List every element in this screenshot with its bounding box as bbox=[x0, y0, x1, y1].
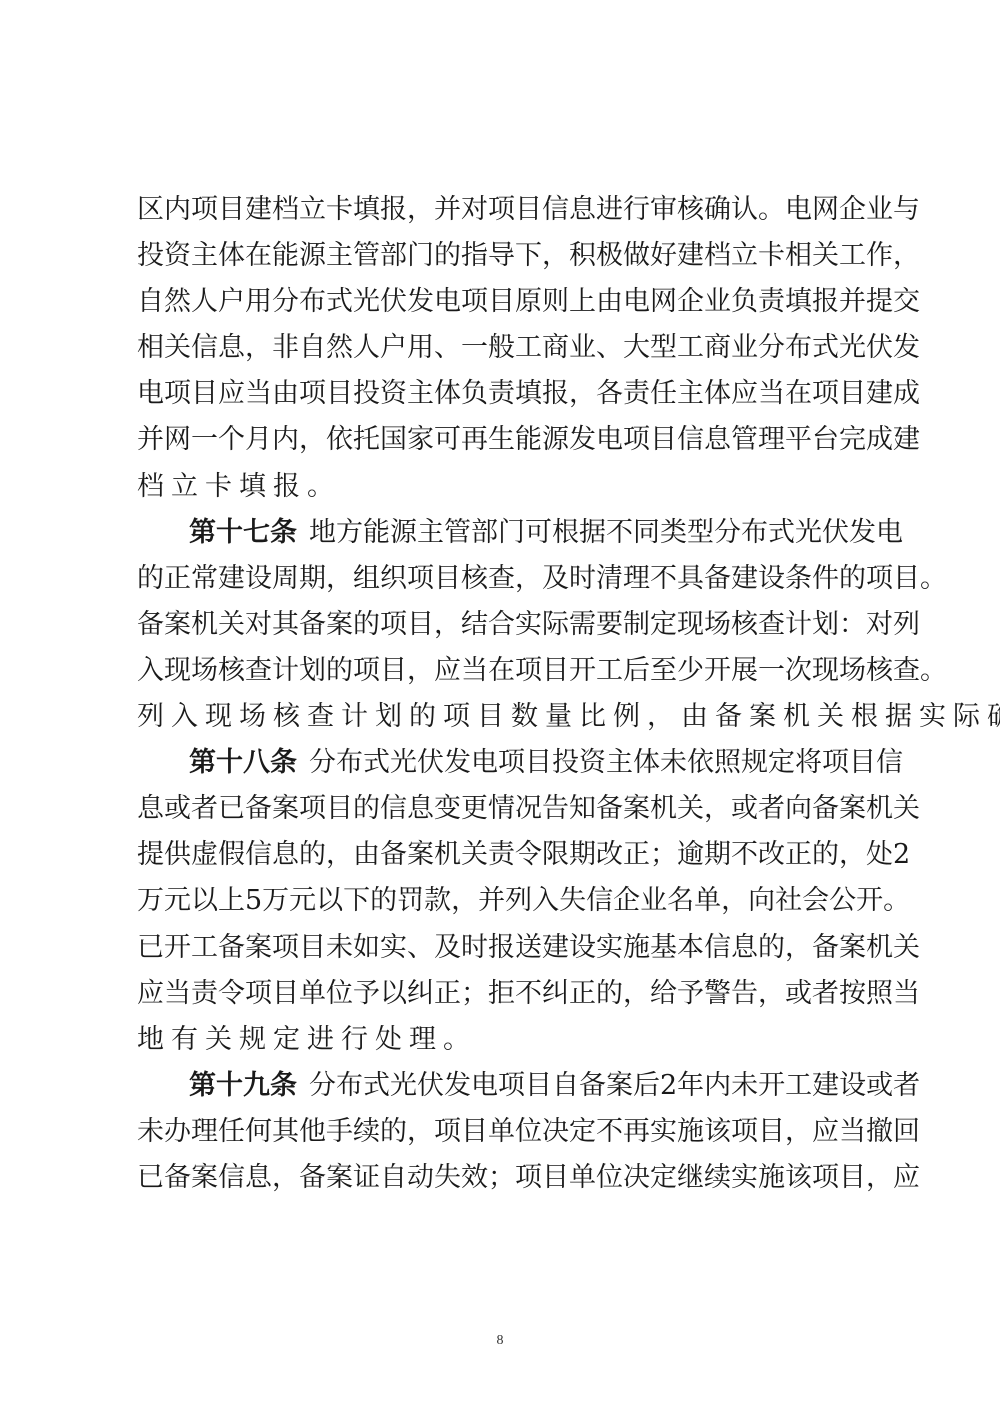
article-text: 分布式光伏发电项目自备案后2年内未开工建设或者 bbox=[309, 1070, 920, 1101]
article-text: 分布式光伏发电项目投资主体未依照规定将项目信 bbox=[309, 747, 903, 778]
article-18: 第十八条分布式光伏发电项目投资主体未依照规定将项目信 息或者已备案项目的信息变更… bbox=[137, 740, 875, 1063]
text-line: 第十八条分布式光伏发电项目投资主体未依照规定将项目信 bbox=[137, 740, 875, 786]
text-line: 万元以上5万元以下的罚款，并列入失信企业名单，向社会公开。 bbox=[137, 878, 875, 924]
page-number: 8 bbox=[0, 1333, 1000, 1349]
paragraph-continued: 区内项目建档立卡填报，并对项目信息进行审核确认。电网企业与 投资主体在能源主管部… bbox=[137, 187, 875, 510]
text-line: 入现场核查计划的项目，应当在项目开工后至少开展一次现场核查。 bbox=[137, 648, 875, 694]
text-line: 投资主体在能源主管部门的指导下，积极做好建档立卡相关工作， bbox=[137, 233, 875, 279]
text-line: 地有关规定进行处理。 bbox=[137, 1017, 875, 1063]
article-17: 第十七条地方能源主管部门可根据不同类型分布式光伏发电 的正常建设周期，组织项目核… bbox=[137, 510, 875, 740]
text-line: 息或者已备案项目的信息变更情况告知备案机关，或者向备案机关 bbox=[137, 786, 875, 832]
text-line: 的正常建设周期，组织项目核查，及时清理不具备建设条件的项目。 bbox=[137, 556, 875, 602]
text-line: 已开工备案项目未如实、及时报送建设实施基本信息的，备案机关 bbox=[137, 925, 875, 971]
text-line: 第十七条地方能源主管部门可根据不同类型分布式光伏发电 bbox=[137, 510, 875, 556]
text-line: 提供虚假信息的，由备案机关责令限期改正；逾期不改正的，处2 bbox=[137, 832, 875, 878]
article-number: 第十九条 bbox=[189, 1070, 297, 1101]
text-line: 并网一个月内，依托国家可再生能源发电项目信息管理平台完成建 bbox=[137, 417, 875, 463]
text-line: 电项目应当由项目投资主体负责填报，各责任主体应当在项目建成 bbox=[137, 371, 875, 417]
text-line: 未办理任何其他手续的，项目单位决定不再实施该项目，应当撤回 bbox=[137, 1109, 875, 1155]
body-text: 区内项目建档立卡填报，并对项目信息进行审核确认。电网企业与 投资主体在能源主管部… bbox=[137, 187, 875, 1201]
article-number: 第十八条 bbox=[189, 747, 297, 778]
text-line: 档立卡填报。 bbox=[137, 464, 875, 510]
text-line: 备案机关对其备案的项目，结合实际需要制定现场核查计划：对列 bbox=[137, 602, 875, 648]
document-page: 区内项目建档立卡填报，并对项目信息进行审核确认。电网企业与 投资主体在能源主管部… bbox=[0, 0, 1000, 1414]
text-line: 第十九条分布式光伏发电项目自备案后2年内未开工建设或者 bbox=[137, 1063, 875, 1109]
article-text: 地方能源主管部门可根据不同类型分布式光伏发电 bbox=[309, 517, 903, 548]
article-number: 第十七条 bbox=[189, 517, 297, 548]
text-line: 列入现场核查计划的项目数量比例，由备案机关根据实际确定。 bbox=[137, 694, 875, 740]
text-line: 已备案信息，备案证自动失效；项目单位决定继续实施该项目，应 bbox=[137, 1155, 875, 1201]
text-line: 应当责令项目单位予以纠正；拒不纠正的，给予警告，或者按照当 bbox=[137, 971, 875, 1017]
article-19: 第十九条分布式光伏发电项目自备案后2年内未开工建设或者 未办理任何其他手续的，项… bbox=[137, 1063, 875, 1201]
text-line: 自然人户用分布式光伏发电项目原则上由电网企业负责填报并提交 bbox=[137, 279, 875, 325]
text-line: 相关信息，非自然人户用、一般工商业、大型工商业分布式光伏发 bbox=[137, 325, 875, 371]
text-line: 区内项目建档立卡填报，并对项目信息进行审核确认。电网企业与 bbox=[137, 187, 875, 233]
